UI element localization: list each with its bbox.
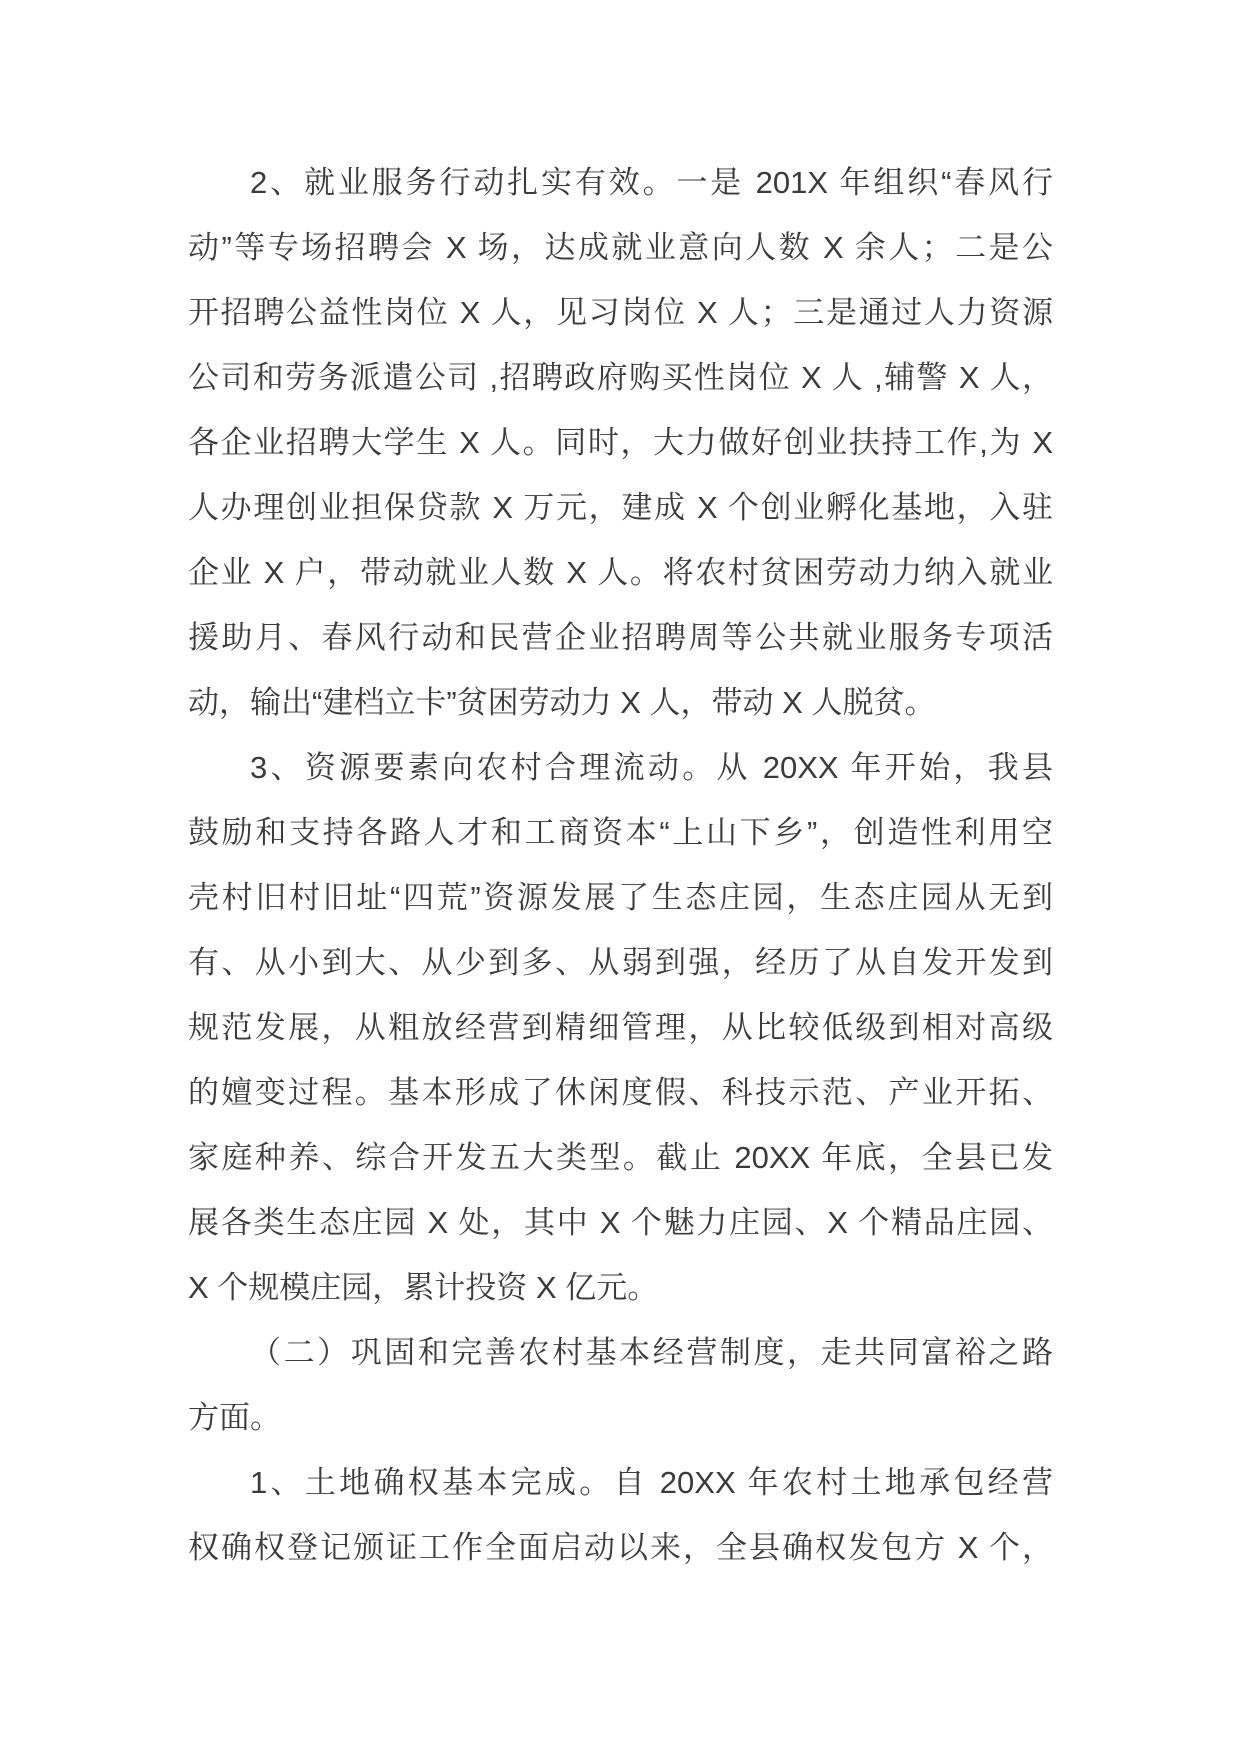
text-line: 的嬗变过程。基本形成了休闲度假、科技示范、产业开拓、: [188, 1060, 1053, 1125]
text-line: 公司和劳务派遣公司 ,招聘政府购买性岗位 X 人 ,辅警 X 人，: [188, 345, 1053, 410]
text-line: 展各类生态庄园 X 处，其中 X 个魅力庄园、X 个精品庄园、: [188, 1190, 1053, 1255]
text-line: 壳村旧村旧址“四荒”资源发展了生态庄园，生态庄园从无到: [188, 865, 1053, 930]
paragraph-employment-services: 2、就业服务行动扎实有效。一是 201X 年组织“春风行 动”等专场招聘会 X …: [188, 150, 1053, 735]
document-page: 2、就业服务行动扎实有效。一是 201X 年组织“春风行 动”等专场招聘会 X …: [0, 0, 1241, 1755]
text-line: 有、从小到大、从少到多、从弱到强，经历了从自发开发到: [188, 930, 1053, 995]
text-line: 1、土地确权基本完成。自 20XX 年农村土地承包经营: [188, 1450, 1053, 1515]
text-line: X 个规模庄园，累计投资 X 亿元。: [188, 1255, 1053, 1320]
text-line: （二）巩固和完善农村基本经营制度，走共同富裕之路: [188, 1320, 1053, 1385]
paragraph-section-two-heading: （二）巩固和完善农村基本经营制度，走共同富裕之路 方面。: [188, 1320, 1053, 1450]
text-line: 2、就业服务行动扎实有效。一是 201X 年组织“春风行: [188, 150, 1053, 215]
text-line: 援助月、春风行动和民营企业招聘周等公共就业服务专项活: [188, 605, 1053, 670]
text-line: 3、资源要素向农村合理流动。从 20XX 年开始，我县: [188, 735, 1053, 800]
text-line: 家庭种养、综合开发五大类型。截止 20XX 年底，全县已发: [188, 1125, 1053, 1190]
paragraph-resource-flow: 3、资源要素向农村合理流动。从 20XX 年开始，我县 鼓励和支持各路人才和工商…: [188, 735, 1053, 1320]
text-line: 动”等专场招聘会 X 场，达成就业意向人数 X 余人；二是公: [188, 215, 1053, 280]
text-line: 权确权登记颁证工作全面启动以来，全县确权发包方 X 个，: [188, 1515, 1053, 1580]
text-line: 企业 X 户，带动就业人数 X 人。将农村贫困劳动力纳入就业: [188, 540, 1053, 605]
text-line: 鼓励和支持各路人才和工商资本“上山下乡”，创造性利用空: [188, 800, 1053, 865]
text-line: 人办理创业担保贷款 X 万元，建成 X 个创业孵化基地，入驻: [188, 475, 1053, 540]
text-line: 方面。: [188, 1385, 1053, 1450]
text-line: 规范发展，从粗放经营到精细管理，从比较低级到相对高级: [188, 995, 1053, 1060]
paragraph-land-rights: 1、土地确权基本完成。自 20XX 年农村土地承包经营 权确权登记颁证工作全面启…: [188, 1450, 1053, 1580]
text-line: 开招聘公益性岗位 X 人，见习岗位 X 人；三是通过人力资源: [188, 280, 1053, 345]
text-line: 各企业招聘大学生 X 人。同时，大力做好创业扶持工作,为 X: [188, 410, 1053, 475]
text-line: 动，输出“建档立卡”贫困劳动力 X 人，带动 X 人脱贫。: [188, 670, 1053, 735]
